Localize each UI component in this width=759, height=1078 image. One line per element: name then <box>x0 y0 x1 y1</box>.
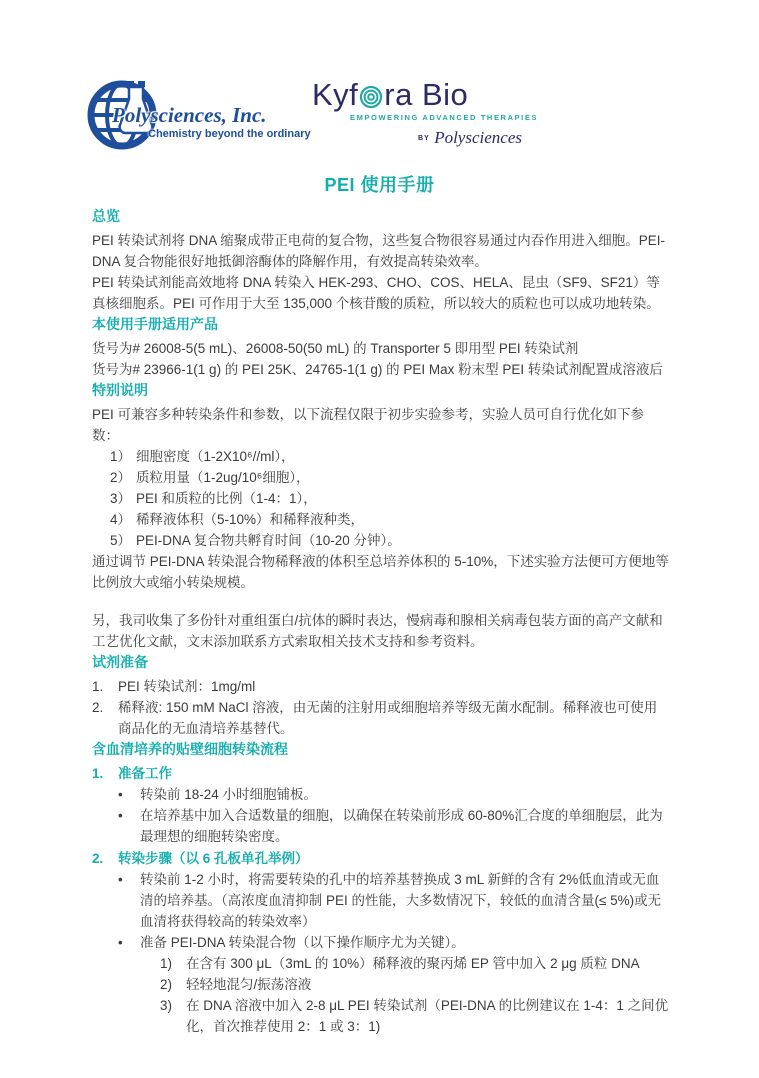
bullet-text: 在培养基中加入合适数量的细胞，以确保在转染前形成 60-80%汇合度的单细胞层，… <box>140 805 670 847</box>
param-item-text: 稀释液体积（5-10%）和稀释液种类， <box>136 509 670 530</box>
substep-number: 3) <box>160 995 186 1037</box>
reagent-item-text: PEI 转染试剂：1mg/ml <box>118 676 670 697</box>
kyfora-target-icon <box>359 85 383 109</box>
kyfora-by-line: BY Polysciences <box>312 128 524 148</box>
substep-number: 1) <box>160 953 186 974</box>
section-reagent-prep: 试剂准备 1. PEI 转染试剂：1mg/ml 2. 稀释液: 150 mM N… <box>92 652 670 739</box>
step-2-bullet: 转染前 1-2 小时，将需要转染的孔中的培养基替换成 3 mL 新鲜的含有 2%… <box>92 869 670 932</box>
param-item-number: 5） <box>110 530 136 551</box>
param-item-number: 1） <box>110 446 136 467</box>
param-item-text: 质粒用量（1-2ug/10⁶细胞）， <box>136 467 670 488</box>
document-body: 总览 PEI 转染试剂将 DNA 缩聚成带正电荷的复合物，这些复合物很容易通过内… <box>92 206 670 1037</box>
special-notes-literature-note: 另，我司收集了多份针对重组蛋白/抗体的瞬时表达，慢病毒和腺相关病毒包装方面的高产… <box>92 610 670 652</box>
param-item: 4） 稀释液体积（5-10%）和稀释液种类， <box>92 509 670 530</box>
kyfora-name-suffix: ra Bio <box>384 78 468 112</box>
param-item-number: 3） <box>110 488 136 509</box>
step-2-substep: 3) 在 DNA 溶液中加入 2-8 μL PEI 转染试剂（PEI-DNA 的… <box>92 995 670 1037</box>
param-item-number: 4） <box>110 509 136 530</box>
polysciences-logo: Polysciences, Inc. Chemistry beyond the … <box>86 70 322 160</box>
reagent-item: 1. PEI 转染试剂：1mg/ml <box>92 676 670 697</box>
step-2-substep: 2) 轻轻地混匀/振荡溶液 <box>92 974 670 995</box>
section-applicable-products: 本使用手册适用产品 货号为# 26008-5(5 mL)、26008-50(50… <box>92 314 670 380</box>
overview-paragraph-2: PEI 转染试剂能高效地将 DNA 转染入 HEK-293、CHO、COS、HE… <box>92 272 670 314</box>
kyfora-bio-logo: Kyf ra Bio EMPOWERING ADVANCED THERAPIES… <box>312 78 524 160</box>
kyfora-by-label: BY <box>418 135 430 142</box>
bullet-text: 转染前 18-24 小时细胞铺板。 <box>140 784 317 805</box>
special-notes-scale-note: 通过调节 PEI-DNA 转染混合物稀释液的体积至总培养体积的 5-10%，下述… <box>92 551 670 593</box>
reagent-item-number: 2. <box>92 697 118 739</box>
reagent-item-number: 1. <box>92 676 118 697</box>
param-item: 5） PEI-DNA 复合物共孵育时间（10-20 分钟）。 <box>92 530 670 551</box>
kyfora-logo-tagline: EMPOWERING ADVANCED THERAPIES <box>350 113 524 122</box>
param-item-text: PEI-DNA 复合物共孵育时间（10-20 分钟）。 <box>136 530 670 551</box>
substep-text: 在含有 300 μL（3mL 的 10%）稀释液的聚丙烯 EP 管中加入 2 μ… <box>186 953 640 974</box>
section-special-notes: 特别说明 PEI 可兼容多种转染条件和参数，以下流程仅限于初步实验参考，实验人员… <box>92 380 670 652</box>
special-notes-heading: 特别说明 <box>92 380 670 401</box>
step-2-bullet: 准备 PEI-DNA 转染混合物（以下操作顺序尤为关键）。 <box>92 932 670 953</box>
param-item-text: PEI 和质粒的比例（1-4：1）， <box>136 488 670 509</box>
reagent-prep-heading: 试剂准备 <box>92 652 670 673</box>
param-item-text: 细胞密度（1-2X10⁶//ml）， <box>136 446 670 467</box>
substep-text: 轻轻地混匀/振荡溶液 <box>186 974 311 995</box>
kyfora-logo-name: Kyf ra Bio <box>312 78 524 112</box>
document-title: PEI 使用手册 <box>0 171 759 197</box>
polysciences-logo-tagline: Chemistry beyond the ordinary <box>148 128 311 140</box>
bullet-text: 准备 PEI-DNA 转染混合物（以下操作顺序尤为关键）。 <box>140 932 465 953</box>
step-number: 1. <box>92 763 118 784</box>
param-item: 1） 细胞密度（1-2X10⁶//ml）， <box>92 446 670 467</box>
products-line-1: 货号为# 26008-5(5 mL)、26008-50(50 mL) 的 Tra… <box>92 338 670 359</box>
products-heading: 本使用手册适用产品 <box>92 314 670 335</box>
step-number: 2. <box>92 848 118 869</box>
param-item: 2） 质粒用量（1-2ug/10⁶细胞）， <box>92 467 670 488</box>
reagent-item-text: 稀释液: 150 mM NaCl 溶液，由无菌的注射用或细胞培养等级无菌水配制。… <box>118 697 670 739</box>
overview-paragraph-1: PEI 转染试剂将 DNA 缩聚成带正电荷的复合物，这些复合物很容易通过内吞作用… <box>92 230 670 272</box>
overview-heading: 总览 <box>92 206 670 227</box>
param-item-number: 2） <box>110 467 136 488</box>
section-overview: 总览 PEI 转染试剂将 DNA 缩聚成带正电荷的复合物，这些复合物很容易通过内… <box>92 206 670 314</box>
step-title-text: 准备工作 <box>118 763 172 784</box>
substep-number: 2) <box>160 974 186 995</box>
reagent-item: 2. 稀释液: 150 mM NaCl 溶液，由无菌的注射用或细胞培养等级无菌水… <box>92 697 670 739</box>
bullet-text: 转染前 1-2 小时，将需要转染的孔中的培养基替换成 3 mL 新鲜的含有 2%… <box>140 869 670 932</box>
kyfora-by-name: Polysciences <box>434 128 522 147</box>
substep-text: 在 DNA 溶液中加入 2-8 μL PEI 转染试剂（PEI-DNA 的比例建… <box>186 995 670 1037</box>
protocol-step-1-title: 1. 准备工作 <box>92 763 670 784</box>
kyfora-name-prefix: Kyf <box>312 78 358 112</box>
step-1-bullet: 在培养基中加入合适数量的细胞，以确保在转染前形成 60-80%汇合度的单细胞层，… <box>92 805 670 847</box>
step-1-bullet: 转染前 18-24 小时细胞铺板。 <box>92 784 670 805</box>
step-2-substep: 1) 在含有 300 μL（3mL 的 10%）稀释液的聚丙烯 EP 管中加入 … <box>92 953 670 974</box>
param-item: 3） PEI 和质粒的比例（1-4：1）， <box>92 488 670 509</box>
protocol-step-2-title: 2. 转染步骤（以 6 孔板单孔举例） <box>92 848 670 869</box>
step-title-text: 转染步骤（以 6 孔板单孔举例） <box>118 848 309 869</box>
products-line-2: 货号为# 23966-1(1 g) 的 PEI 25K、24765-1(1 g)… <box>92 359 670 380</box>
document-page: Polysciences, Inc. Chemistry beyond the … <box>0 0 759 1078</box>
special-notes-intro: PEI 可兼容多种转染条件和参数，以下流程仅限于初步实验参考，实验人员可自行优化… <box>92 404 670 446</box>
protocol-heading: 含血清培养的贴壁细胞转染流程 <box>92 739 670 760</box>
polysciences-logo-name: Polysciences, Inc. <box>112 103 267 128</box>
section-protocol: 含血清培养的贴壁细胞转染流程 1. 准备工作 转染前 18-24 小时细胞铺板。… <box>92 739 670 1037</box>
